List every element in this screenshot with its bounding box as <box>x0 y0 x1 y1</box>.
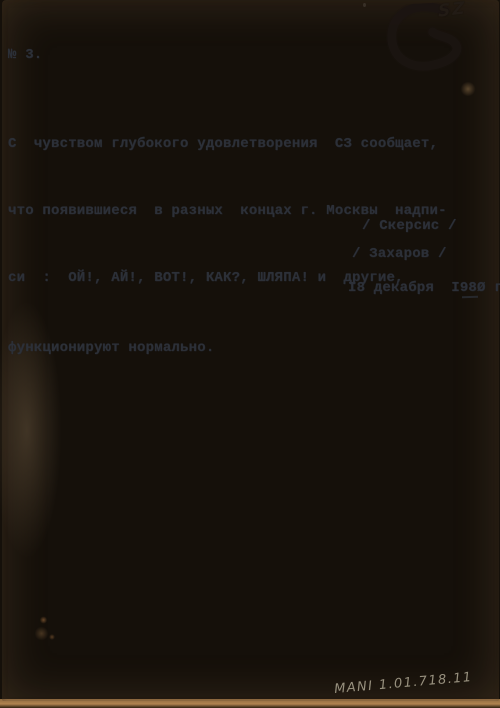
body-line: С чувством глубокого удовлетворения СЗ с… <box>8 133 447 155</box>
date-line: I8 декабря I98Ø г <box>348 280 500 296</box>
paper-stain <box>49 634 55 640</box>
document-photo: SZ № 3. С чувством глубокого удовлетворе… <box>0 0 500 708</box>
paper-stain <box>35 626 48 641</box>
ink-speck <box>363 3 366 7</box>
signature-zakharov: / Захаров / <box>352 246 447 262</box>
body-line: функционируют нормально. <box>8 337 447 359</box>
signature-skersis: / Скерсис / <box>362 218 457 234</box>
sz-group-stamp-icon <box>384 1 483 76</box>
document-number: № 3. <box>8 47 42 63</box>
stamp-superscript-label: SZ <box>438 0 467 22</box>
paper-stain <box>460 82 476 96</box>
paper-stain <box>40 616 47 624</box>
